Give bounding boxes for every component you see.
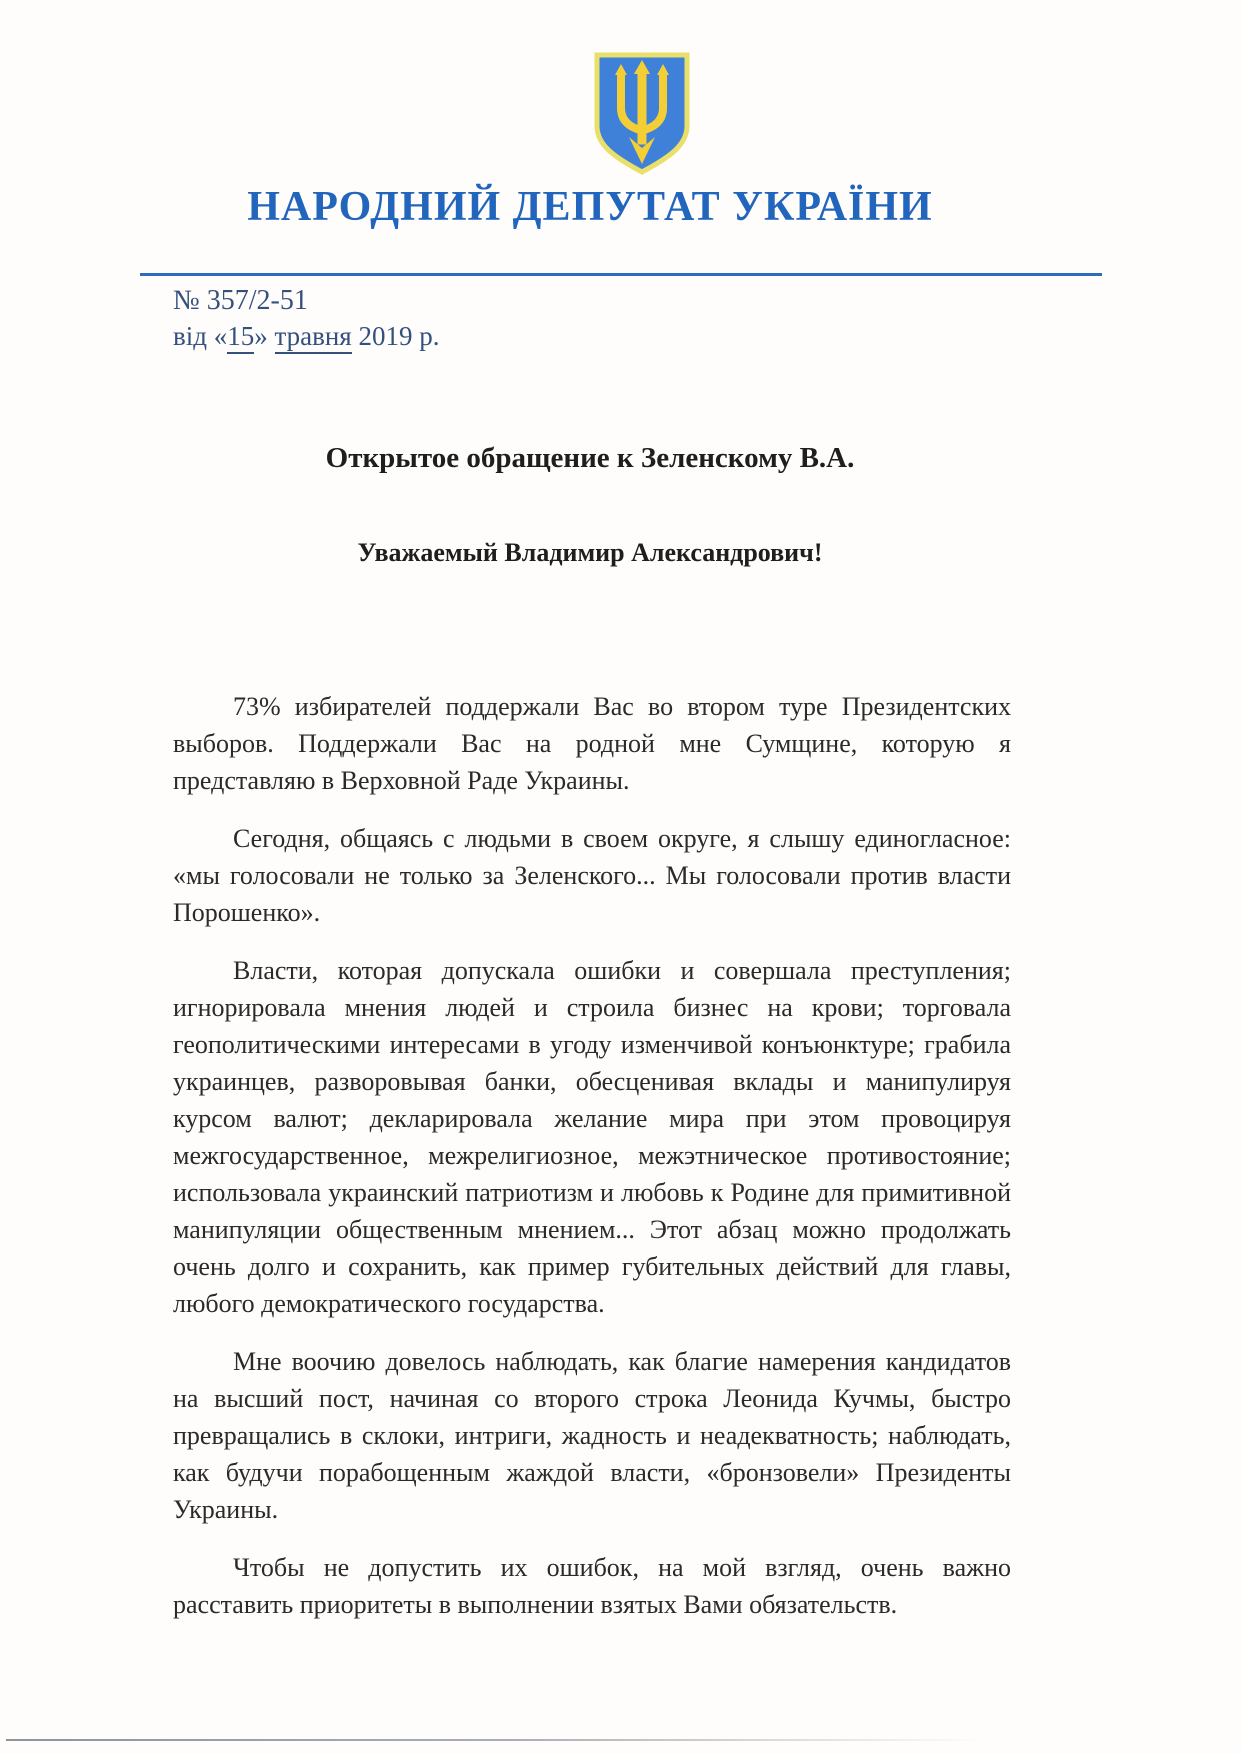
- letter-body: 73% избирателей поддержали Вас во втором…: [173, 688, 1011, 1644]
- date-suffix: 2019 р.: [352, 321, 440, 351]
- letter-salutation: Уважаемый Владимир Александрович!: [0, 538, 1180, 568]
- paragraph-2: Сегодня, общаясь с людьми в своем округе…: [173, 820, 1011, 931]
- document-date: від «15» травня 2019 р.: [173, 321, 439, 352]
- date-close-quote: »: [254, 321, 274, 351]
- header-divider-line: [140, 273, 1102, 276]
- letter-title: Открытое обращение к Зеленскому В.А.: [0, 442, 1180, 475]
- org-title: НАРОДНИЙ ДЕПУТАТ УКРАЇНИ: [0, 183, 1180, 231]
- scan-edge-artifact: [6, 1739, 1024, 1741]
- paragraph-4: Мне воочию довелось наблюдать, как благи…: [173, 1343, 1011, 1528]
- document-number: № 357/2-51: [173, 285, 308, 317]
- date-month: травня: [275, 321, 352, 354]
- date-day: 15: [227, 321, 254, 354]
- date-prefix: від «: [173, 321, 227, 351]
- scanned-letter-page: НАРОДНИЙ ДЕПУТАТ УКРАЇНИ № 357/2-51 від …: [0, 0, 1241, 1754]
- paragraph-5: Чтобы не допустить их ошибок, на мой взг…: [173, 1549, 1011, 1623]
- ukraine-trident-emblem-icon: [589, 50, 695, 178]
- paragraph-3: Власти, которая допускала ошибки и совер…: [173, 952, 1011, 1322]
- paragraph-1: 73% избирателей поддержали Вас во втором…: [173, 688, 1011, 799]
